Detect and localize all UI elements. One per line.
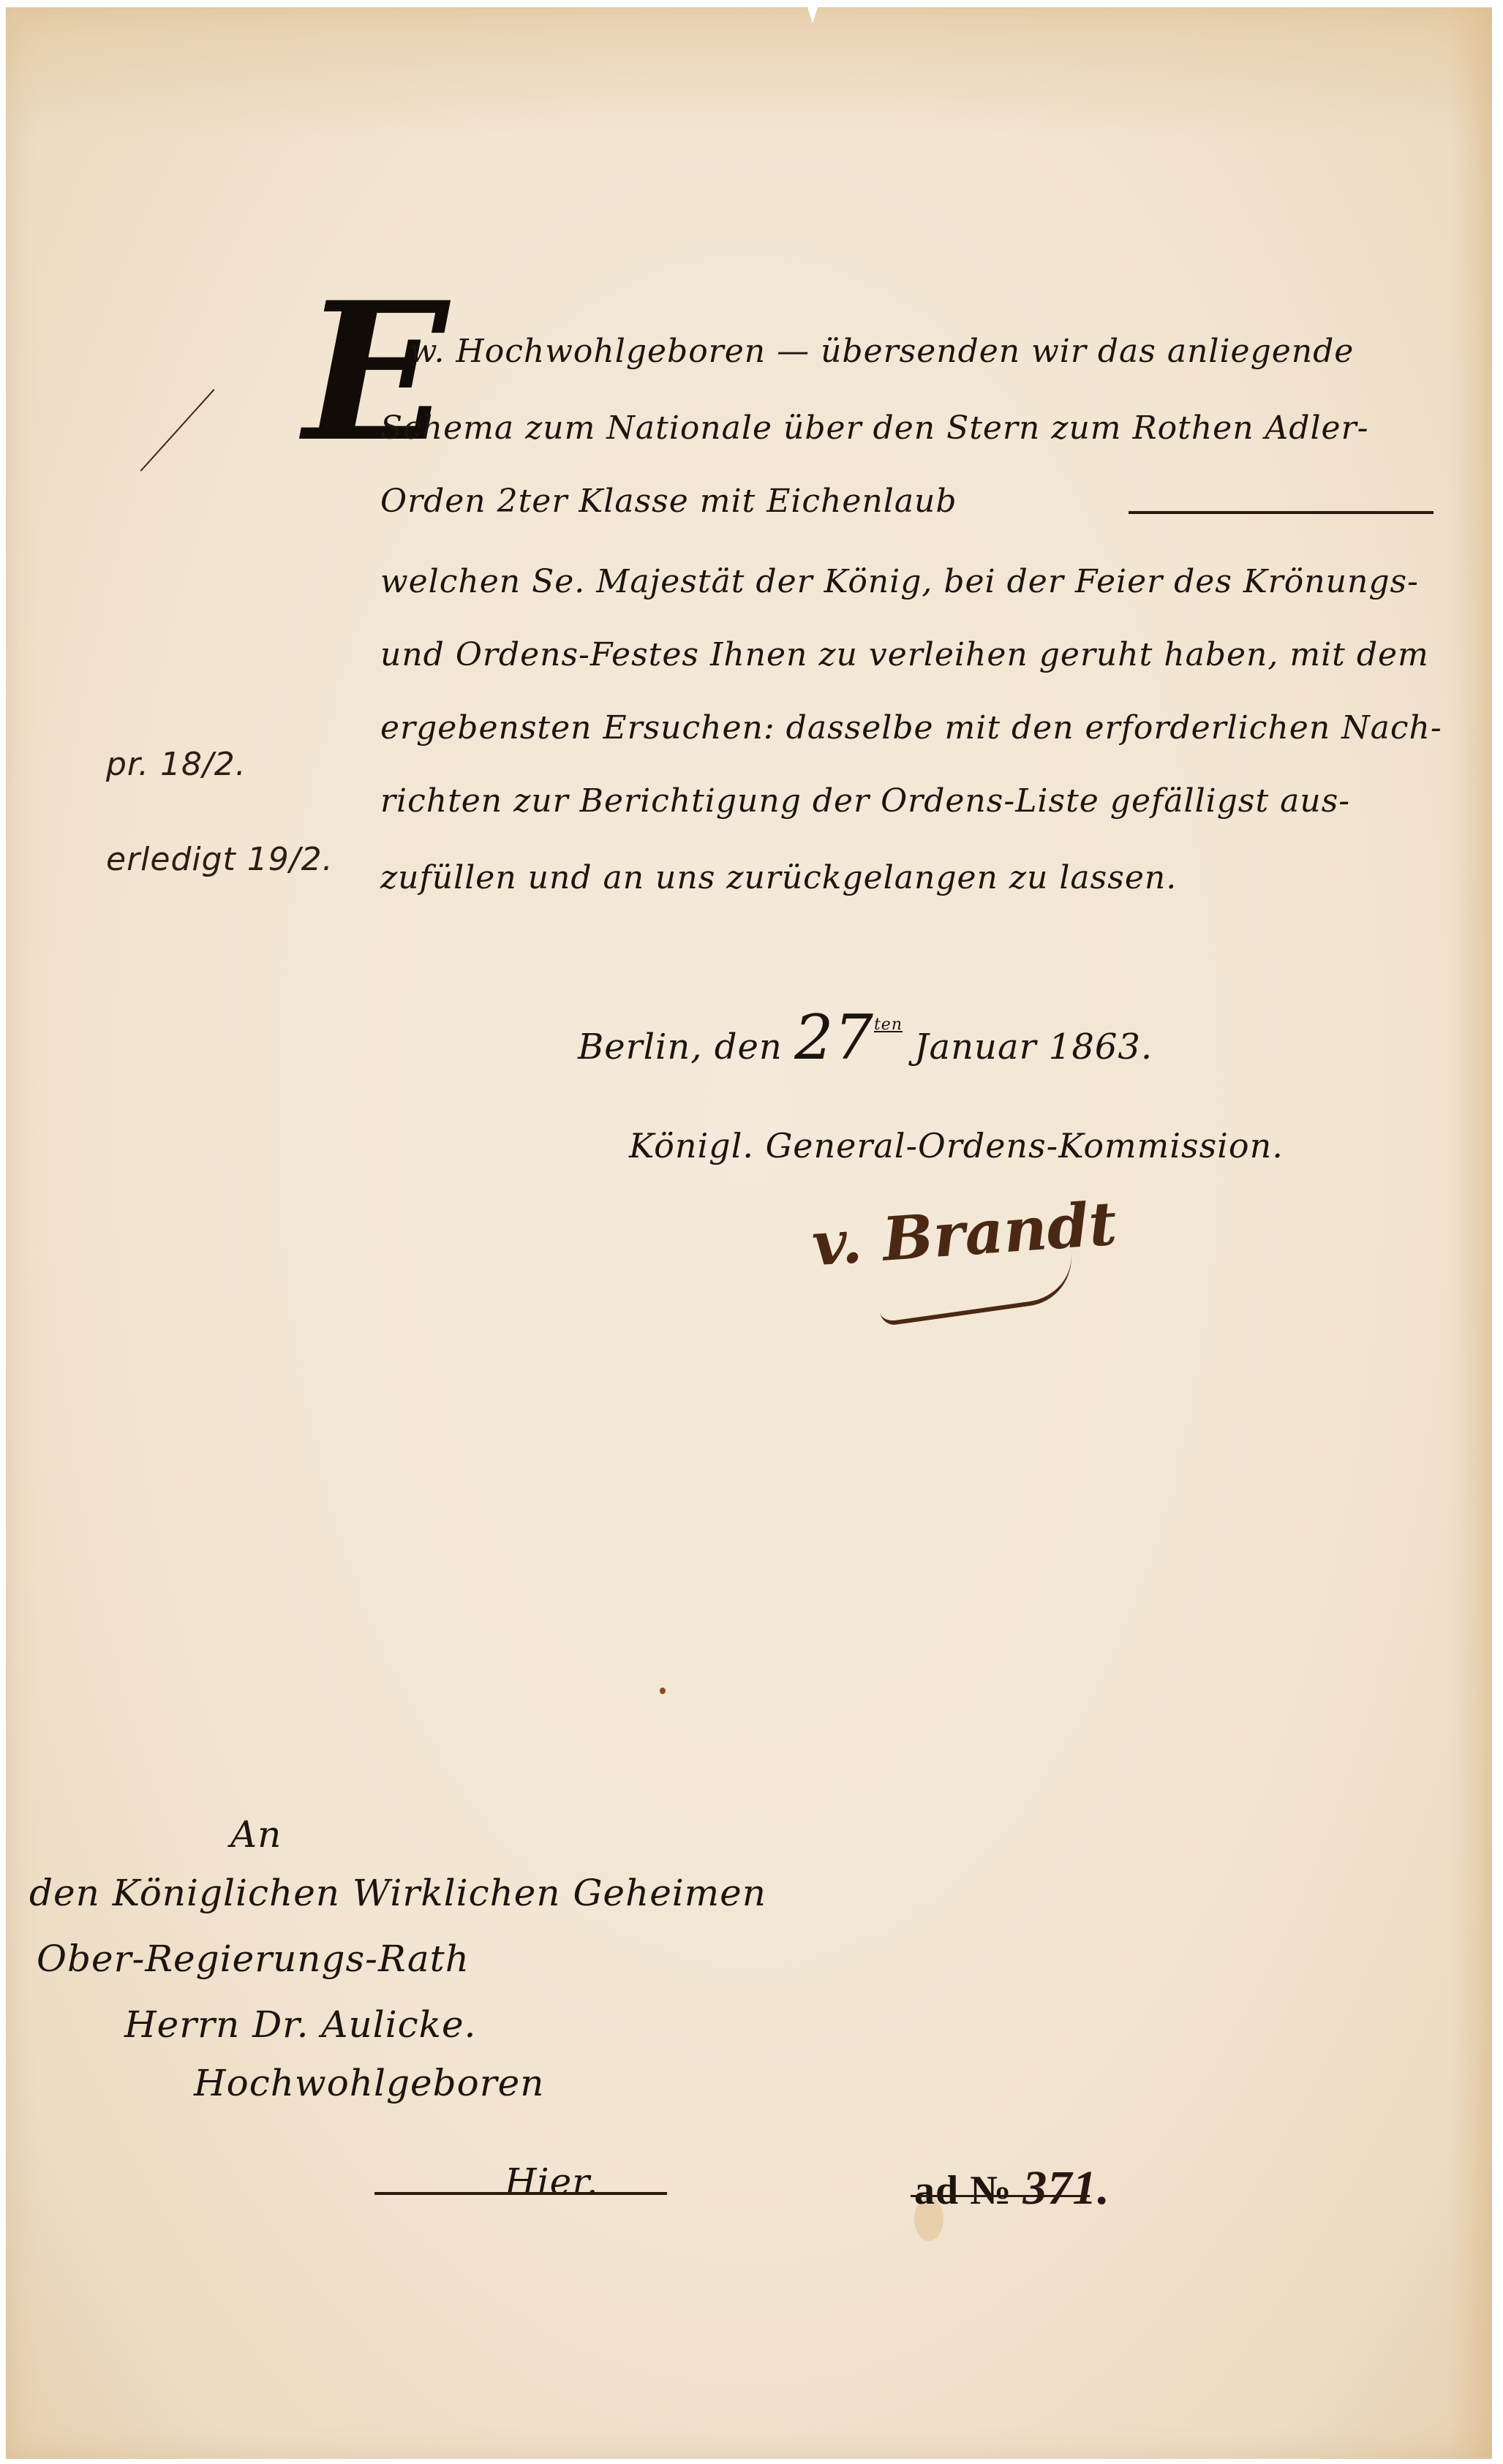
margin-note-received: pr. 18/2.	[106, 746, 246, 783]
address-line-2: Ober-Regierungs-Rath	[37, 1938, 470, 1980]
dateline-day-suffix: ten	[874, 1016, 903, 1034]
letter-line-1: w. Hochwohlgeboren — übersenden wir das …	[410, 333, 1354, 370]
ink-spot	[660, 1688, 666, 1694]
dateline-place: Berlin, den	[578, 1027, 783, 1067]
reference-number: ad № 371.	[914, 2161, 1110, 2216]
reference-underline	[911, 2195, 1090, 2197]
letter-line-3: Orden 2ter Klasse mit Eichenlaub	[380, 483, 957, 520]
margin-note-settled: erledigt 19/2.	[106, 841, 334, 878]
paper-edge-notch	[807, 7, 818, 23]
dateline-day: 27	[794, 1002, 874, 1073]
address-to: An	[230, 1813, 282, 1856]
letter-line-4: welchen Se. Majestät der König, bei der …	[380, 563, 1419, 600]
sender-commission: Königl. General-Ordens-Kommission.	[629, 1126, 1284, 1165]
dateline-month-year: Januar 1863.	[914, 1027, 1153, 1067]
location-underline	[374, 2192, 667, 2195]
address-line-3: Herrn Dr. Aulicke.	[124, 2003, 476, 2046]
reference-prefix: ad №	[914, 2168, 1012, 2213]
address-line-4: Hochwohlgeboren	[194, 2062, 544, 2104]
letter-line-7: richten zur Berichtigung der Ordens-List…	[380, 782, 1350, 820]
letter-line-8: zufüllen und an uns zurückgelangen zu la…	[380, 859, 1177, 896]
fill-rule	[1129, 511, 1434, 514]
dateline: Berlin, den 27ten Januar 1863.	[578, 1002, 1153, 1073]
address-line-1: den Königlichen Wirklichen Geheimen	[29, 1872, 766, 1914]
letter-line-6: ergebensten Ersuchen: dasselbe mit den e…	[380, 709, 1442, 747]
letter-line-2: Schema zum Nationale über den Stern zum …	[380, 409, 1368, 447]
reference-value: 371.	[1022, 2161, 1110, 2215]
address-location: Hier.	[505, 2161, 599, 2203]
letter-line-5: und Ordens-Festes Ihnen zu verleihen ger…	[380, 636, 1429, 673]
